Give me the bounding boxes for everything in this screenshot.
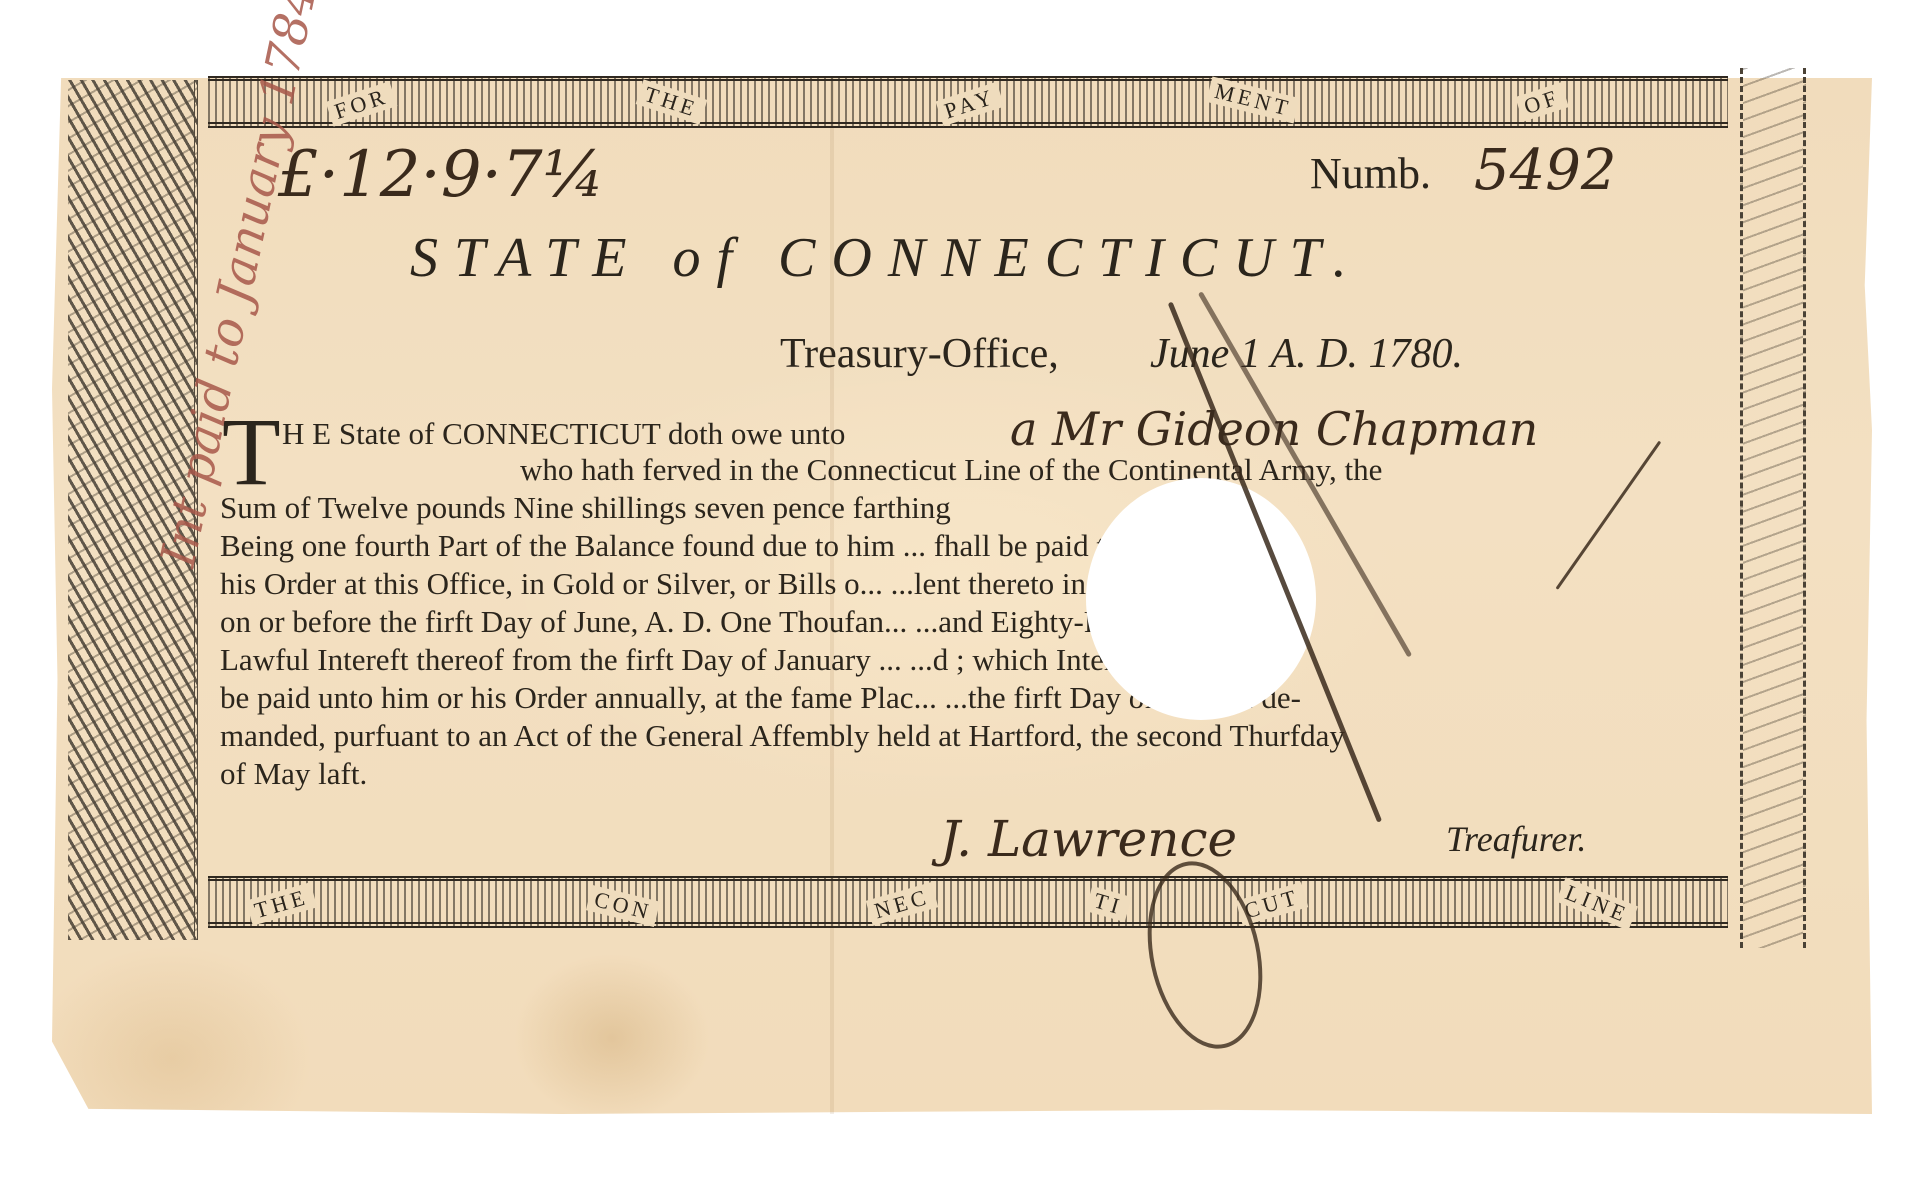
body-line: manded, purfuant to an Act of the Genera… <box>220 718 1345 754</box>
body-line: H E State of CONNECTICUT doth owe unto <box>282 416 845 452</box>
body-line: of May laft. <box>220 756 367 792</box>
bottom-border-band: THE CON NEC TI CUT LINE <box>208 876 1728 928</box>
top-border-word: FOR <box>326 81 398 126</box>
treasurer-title: Treafurer. <box>1446 818 1586 860</box>
serial-number: 5492 <box>1474 138 1617 203</box>
document-title: STATE of CONNECTICUT. <box>410 226 1363 290</box>
number-label: Numb. <box>1310 148 1431 199</box>
bottom-border-word: THE <box>246 882 317 925</box>
top-border-word: THE <box>636 79 708 124</box>
bottom-border-word: TI <box>1085 886 1131 922</box>
body-line: Lawful Intereft thereof from the firft D… <box>220 642 1212 678</box>
top-border-band: FOR THE PAY MENT OF <box>208 76 1728 128</box>
bottom-border-word: NEC <box>866 882 939 926</box>
top-border-word: OF <box>1515 82 1569 122</box>
top-border-word: MENT <box>1206 76 1300 123</box>
bottom-border-word: LINE <box>1556 877 1638 930</box>
body-line: on or before the firft Day of June, A. D… <box>220 604 1202 640</box>
right-engraved-border <box>1740 68 1806 948</box>
body-line: who hath ferved in the Connecticut Line … <box>520 452 1382 488</box>
top-border-word: PAY <box>936 82 1005 126</box>
amount-handwritten: £·12·9·7¼ <box>278 138 605 212</box>
cancellation-punch-hole <box>1086 478 1316 720</box>
body-line: Being one fourth Part of the Balance fou… <box>220 528 1210 564</box>
treasury-office-label: Treasury-Office, <box>780 330 1059 378</box>
bottom-border-word: CON <box>586 885 661 927</box>
treasurer-signature: J. Lawrence <box>940 810 1237 868</box>
body-line: his Order at this Office, in Gold or Sil… <box>220 566 1172 602</box>
body-line: Sum of Twelve pounds Nine shillings seve… <box>220 490 951 526</box>
payee-name: a Mr Gideon Chapman <box>1010 402 1538 456</box>
